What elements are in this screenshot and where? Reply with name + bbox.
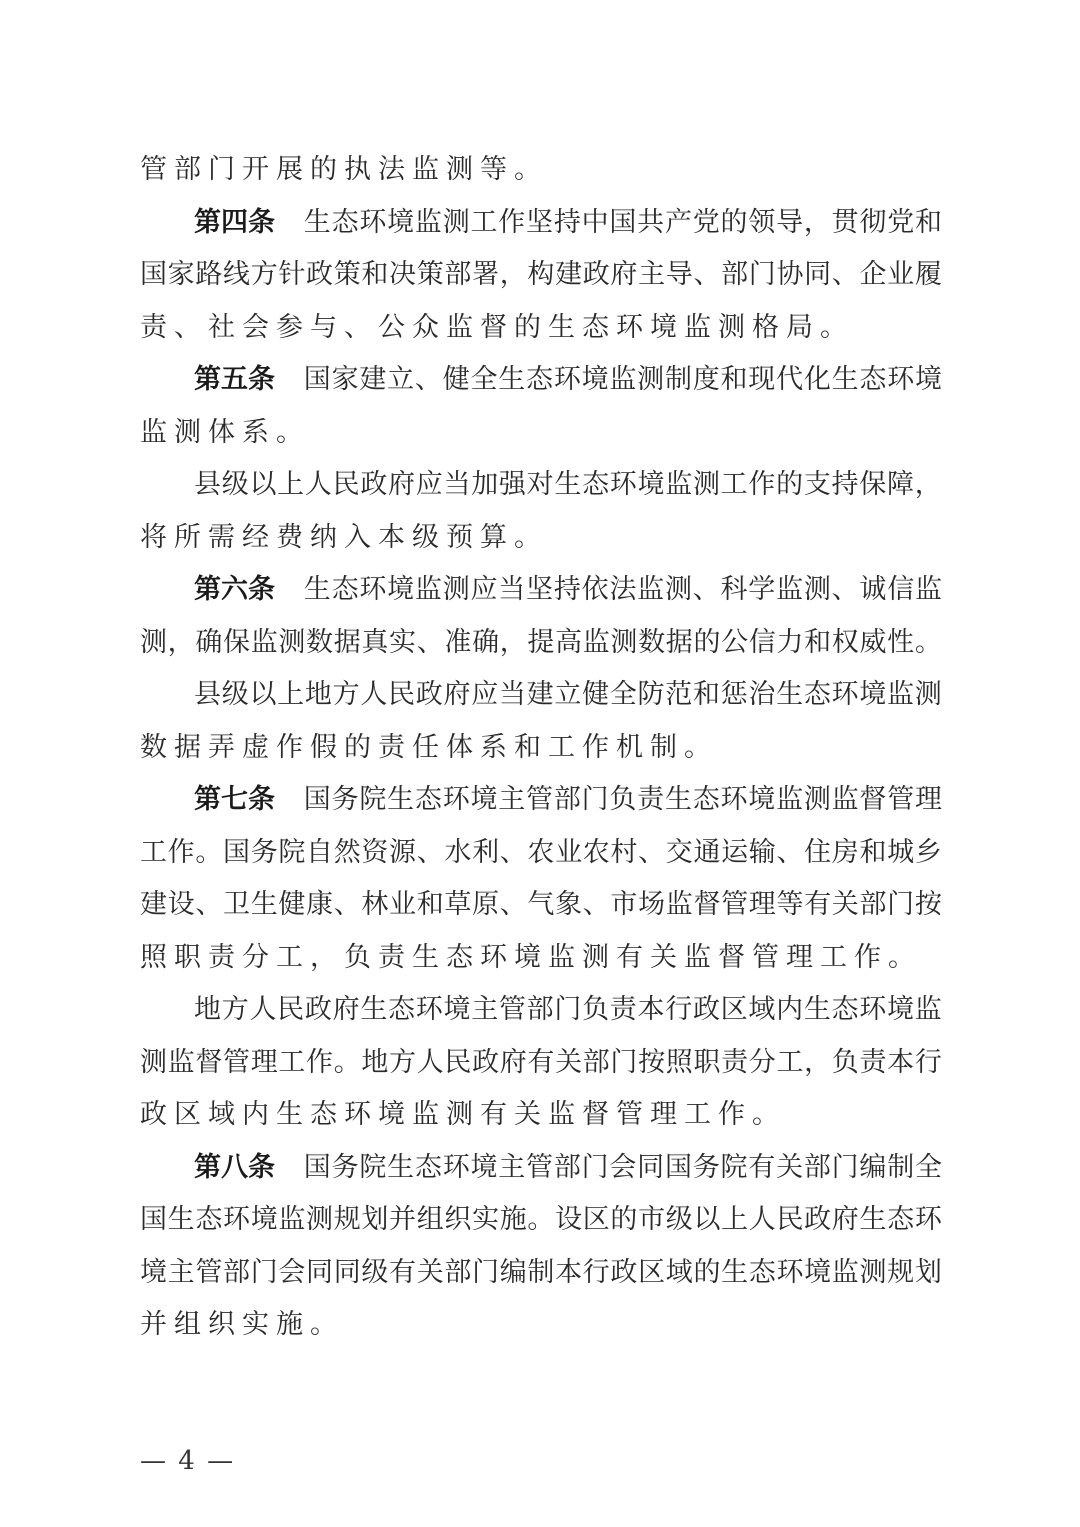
article-number: 第四条 bbox=[194, 203, 275, 243]
text-line: 工作。国务院自然资源、水利、农业农村、交通运输、住房和城乡 bbox=[140, 833, 942, 873]
article-heading-line: 第六条生态环境监测应当坚持依法监测、科学监测、诚信监 bbox=[194, 570, 942, 610]
article-number: 第八条 bbox=[194, 1148, 275, 1188]
document-page: 管部门开展的执法监测等。第四条生态环境监测工作坚持中国共产党的领导，贯彻党和国家… bbox=[0, 0, 1080, 1527]
text-line: 县级以上地方人民政府应当建立健全防范和惩治生态环境监测 bbox=[194, 675, 942, 715]
text-line: 管部门开展的执法监测等。 bbox=[140, 150, 942, 190]
text-line: 照职责分工，负责生态环境监测有关监督管理工作。 bbox=[140, 938, 942, 978]
article-number: 第六条 bbox=[194, 570, 275, 610]
text-line: 测监督管理工作。地方人民政府有关部门按照职责分工，负责本行 bbox=[140, 1043, 942, 1083]
text-line: 地方人民政府生态环境主管部门负责本行政区域内生态环境监 bbox=[194, 990, 942, 1030]
article-heading-line: 第八条国务院生态环境主管部门会同国务院有关部门编制全 bbox=[194, 1148, 942, 1188]
text-line: 将所需经费纳入本级预算。 bbox=[140, 518, 942, 558]
text-line: 并组织实施。 bbox=[140, 1305, 942, 1345]
text-line: 政区域内生态环境监测有关监督管理工作。 bbox=[140, 1095, 942, 1135]
page-number: — 4 — bbox=[140, 1446, 235, 1476]
text-line: 责、社会参与、公众监督的生态环境监测格局。 bbox=[140, 308, 942, 348]
text-line: 国生态环境监测规划并组织实施。设区的市级以上人民政府生态环 bbox=[140, 1200, 942, 1240]
text-line: 测，确保监测数据真实、准确，提高监测数据的公信力和权威性。 bbox=[140, 623, 942, 663]
text-line: 县级以上人民政府应当加强对生态环境监测工作的支持保障， bbox=[194, 465, 942, 505]
article-heading-line: 第七条国务院生态环境主管部门负责生态环境监测监督管理 bbox=[194, 780, 942, 820]
article-heading-line: 第五条国家建立、健全生态环境监测制度和现代化生态环境 bbox=[194, 360, 942, 400]
text-line: 数据弄虚作假的责任体系和工作机制。 bbox=[140, 728, 942, 768]
text-line: 境主管部门会同同级有关部门编制本行政区域的生态环境监测规划 bbox=[140, 1253, 942, 1293]
article-heading-line: 第四条生态环境监测工作坚持中国共产党的领导，贯彻党和 bbox=[194, 203, 942, 243]
article-number: 第五条 bbox=[194, 360, 275, 400]
article-number: 第七条 bbox=[194, 780, 275, 820]
text-line: 国家路线方针政策和决策部署，构建政府主导、部门协同、企业履 bbox=[140, 255, 942, 295]
text-line: 建设、卫生健康、林业和草原、气象、市场监督管理等有关部门按 bbox=[140, 885, 942, 925]
text-line: 监测体系。 bbox=[140, 413, 942, 453]
